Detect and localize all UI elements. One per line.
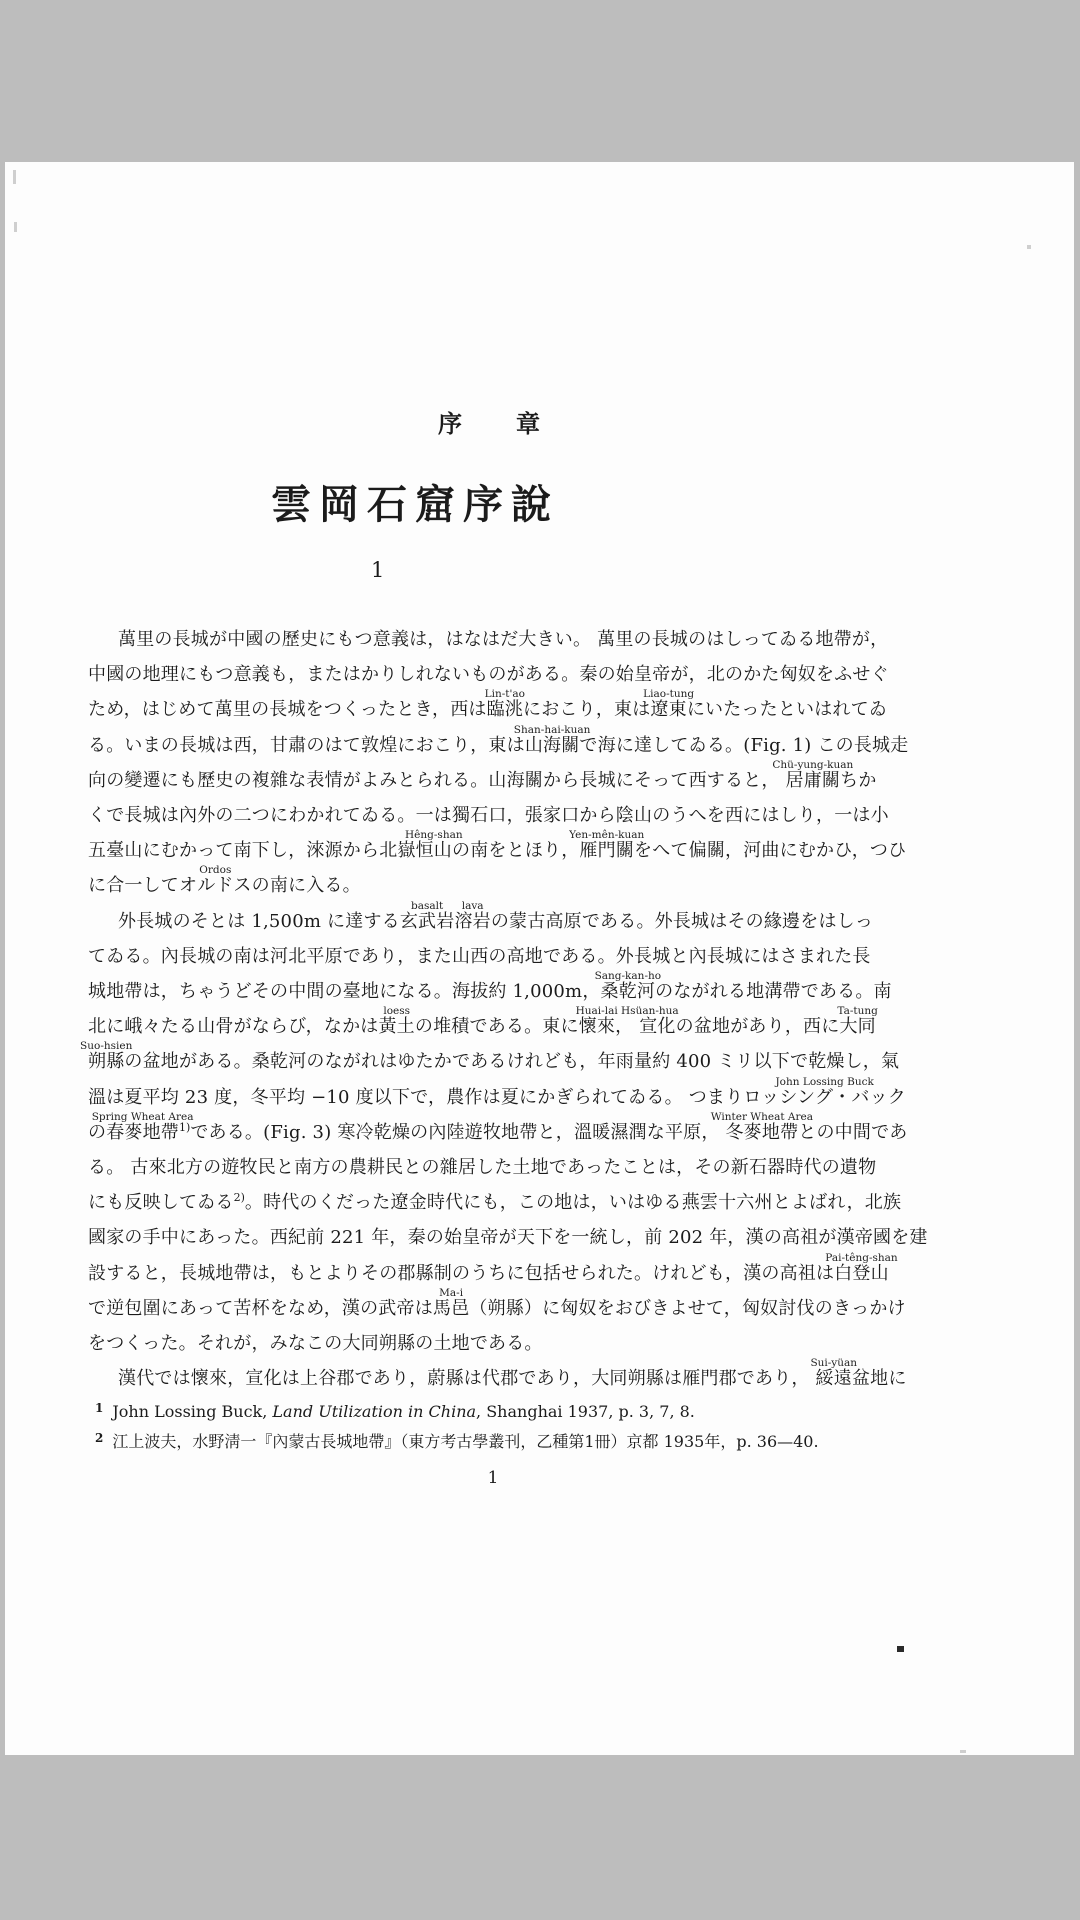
text-line: で逆包圍にあって苦杯をなめ，漢の武帝は馬邑Ma-i（朔縣）に匈奴をおびきよせて，… (88, 1297, 923, 1320)
romanization-ruby: lava (462, 901, 484, 912)
annotated-term: 馬邑Ma-i (433, 1298, 469, 1319)
screenshot-canvas: { "colors": { "surround": "#bdbdbd", "pa… (0, 0, 1080, 1920)
annotated-term: 雁門關Yen-mên-kuan (579, 840, 634, 861)
footnote-line: 1John Lossing Buck, Land Utilization in … (95, 1397, 935, 1419)
romanization-ruby: Ta-tung (837, 1006, 877, 1017)
footnote-ref: 1) (179, 1121, 190, 1134)
annotated-term: 冬麥地帶Winter Wheat Area (725, 1122, 798, 1143)
page-number: 1 (5, 1470, 981, 1487)
romanization-ruby: John Lossing Buck (775, 1077, 873, 1088)
footnote-ref: 2) (234, 1191, 245, 1204)
annotated-term: 大同Ta-tung (839, 1016, 875, 1037)
text-line: 外長城のそとは 1,500m に達する玄武岩basalt溶岩lavaの蒙古高原で… (88, 910, 953, 933)
annotated-term: 懷來， 宣化Huai-lai Hsüan-hua (579, 1016, 676, 1037)
section-number: 1 (371, 560, 384, 581)
romanization-ruby: Shan-hai-kuan (514, 725, 591, 736)
romanization-ruby: Ma-i (439, 1288, 463, 1299)
annotated-term: オルドスOrdos (179, 875, 252, 896)
annotated-term: 恒山Hêng-shan (416, 840, 452, 861)
text-line: る。いまの長城は西，甘肅のはて敦煌におこり，東は山海關Shan-hai-kuan… (88, 734, 923, 757)
scan-speck (13, 170, 16, 184)
annotated-term: 朔縣Suo-hsien (88, 1051, 124, 1072)
text-line: ため，はじめて萬里の長城をつくったとき，西は臨洮Lin-t'aoにおこり，東は遼… (88, 698, 923, 721)
text-line: の春麥地帶Spring Wheat Area1)である。(Fig. 3) 寒冷乾… (88, 1121, 923, 1144)
text-line: 五臺山にむかって南下し，淶源から北嶽恒山Hêng-shanの南をとほり，雁門關Y… (88, 839, 923, 862)
annotated-term: 臨洮Lin-t'ao (487, 699, 523, 720)
annotated-term: 春麥地帶Spring Wheat Area (106, 1122, 179, 1143)
romanization-ruby: Yen-mên-kuan (569, 830, 644, 841)
romanization-ruby: Liao-tung (643, 689, 694, 700)
romanization-ruby: Sui-yüan (810, 1358, 857, 1369)
page-title: 雲岡石窟序說 (271, 483, 559, 527)
footnote-line: 2江上波夫，水野淸一『內蒙古長城地帶』（東方考古學叢刊，乙種第1冊）京都 193… (95, 1427, 935, 1449)
footnote-marker: 1 (95, 1401, 103, 1415)
text-line: をつくった。それが，みなこの大同朔縣の土地である。 (88, 1332, 923, 1355)
romanization-ruby: Pai-têng-shan (825, 1253, 897, 1264)
text-line: 北に峨々たる山骨がならび，なかは黃土loessの堆積である。東に懷來， 宣化Hu… (88, 1015, 923, 1038)
text-line: 設すると，長城地帶は，もとよりその郡縣制のうちに包括せられた。けれども，漢の高祖… (88, 1262, 923, 1285)
text-line: に合一してオルドスOrdosの南に入る。 (88, 874, 923, 897)
romanization-ruby: Chü-yung-kuan (772, 760, 853, 771)
annotated-term: 溶岩lava (454, 911, 490, 932)
annotated-term: ロッシング・バックJohn Lossing Buck (743, 1087, 906, 1108)
scan-speck (14, 222, 17, 232)
chapter-heading: 序 章 (5, 412, 975, 436)
romanization-ruby: Sang-kan-ho (595, 971, 662, 982)
text-line: 向の變遷にも歷史の複雜な表情がよみとられる。山海關から長城にそって西すると， 居… (88, 769, 923, 792)
romanization-ruby: loess (383, 1006, 410, 1017)
annotated-term: 桑乾河Sang-kan-ho (601, 981, 656, 1002)
romanization-ruby: basalt (411, 901, 443, 912)
romanization-ruby: Hêng-shan (405, 830, 463, 841)
text-line: くで長城は內外の二つにわかれてゐる。一は獨石口，張家口から陰山のうへを西にはしり… (88, 804, 923, 827)
annotated-term: 山海關Shan-hai-kuan (525, 735, 580, 756)
text-line: 溫は夏平均 23 度，冬平均 −10 度以下で，農作は夏にかぎられてゐる。 つま… (88, 1086, 923, 1109)
book-page: 序 章 雲岡石窟序說 1 萬里の長城が中國の歷史にもつ意義は，はなはだ大きい。 … (5, 162, 1074, 1755)
annotated-term: 居庸關Chü-yung-kuan (786, 770, 841, 791)
annotated-term: 黃土loess (378, 1016, 414, 1037)
text-line: る。 古來北方の遊牧民と南方の農耕民との雜居した土地であったことは，その新石器時… (88, 1156, 923, 1179)
romanization-ruby: Lin-t'ao (485, 689, 525, 700)
text-line: 朔縣Suo-hsienの盆地がある。桑乾河のながれはゆたかであるけれども，年雨量… (88, 1050, 923, 1073)
text-line: 城地帶は，ちゃうどその中間の臺地になる。海拔約 1,000m，桑乾河Sang-k… (88, 980, 923, 1003)
text-line: にも反映してゐる2)。時代のくだった遼金時代にも，この地は，いはゆる燕雲十六州と… (88, 1191, 923, 1214)
scan-speck (960, 1750, 966, 1753)
text-line: てゐる。內長城の南は河北平原であり，また山西の高地である。外長城と內長城にはさま… (88, 945, 923, 968)
romanization-ruby: Huai-lai Hsüan-hua (576, 1006, 679, 1017)
text-line: 漢代では懷來，宣化は上谷郡であり，蔚縣は代郡であり，大同朔縣は雁門郡であり， 綏… (88, 1367, 953, 1390)
text-line: 萬里の長城が中國の歷史にもつ意義は，はなはだ大きい。 萬里の長城のはしってゐる地… (88, 628, 953, 651)
romanization-ruby: Suo-hsien (80, 1041, 132, 1052)
annotated-term: 遼東Liao-tung (650, 699, 686, 720)
romanization-ruby: Spring Wheat Area (92, 1112, 194, 1123)
text-line: 國家の手中にあった。西紀前 221 年，秦の始皇帝が天下を一統し，前 202 年… (88, 1226, 923, 1249)
romanization-ruby: Ordos (199, 865, 231, 876)
text-line: 中國の地理にもつ意義も，またはかりしれないものがある。秦の始皇帝が，北のかた匈奴… (88, 663, 923, 686)
scan-speck (897, 1646, 904, 1652)
annotated-term: 玄武岩basalt (400, 911, 455, 932)
annotated-term: 白登山Pai-têng-shan (834, 1263, 889, 1284)
footnote-marker: 2 (95, 1431, 103, 1445)
annotated-term: 綏遠Sui-yüan (816, 1368, 852, 1389)
scan-speck (1027, 245, 1031, 249)
romanization-ruby: Winter Wheat Area (711, 1112, 813, 1123)
